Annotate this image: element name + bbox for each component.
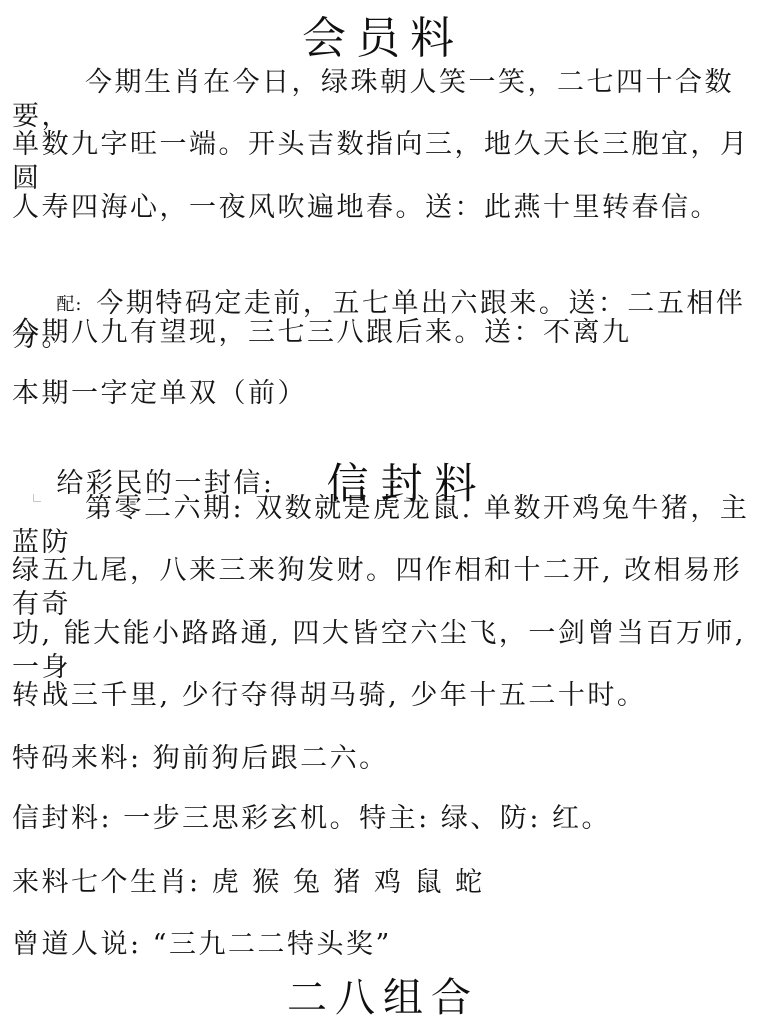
- envelope-paragraph-line: 转战三千里, 少行夺得胡马骑, 少年十五二十时。: [12, 679, 760, 713]
- eight-nine-line: 今期八九有望现，三七三八跟后来。送：不离九: [12, 316, 760, 350]
- member-paragraph-line: 今期生肖在今日，绿珠朝人笑一笑，二七四十合数要，: [12, 66, 760, 134]
- footer-section-title: 二八组合: [0, 966, 766, 1023]
- document-title: 会员料: [0, 2, 766, 66]
- special-code-tip-line: 特码来料: 狗前狗后跟二六。: [12, 742, 760, 776]
- zengdaoren-quote-line: 曾道人说: “三九二二特头奖”: [12, 928, 760, 962]
- pei-prefix-label: 配:: [56, 294, 82, 315]
- envelope-paragraph-line: 第零二六期: 双数就是虎龙鼠. 单数开鸡兔牛猪，主蓝防: [12, 492, 760, 560]
- envelope-paragraph-line: 功, 能大能小路路通, 四大皆空六尘飞，一剑曾当百万师, 一身: [12, 617, 760, 685]
- envelope-tip-line: 信封料: 一步三思彩玄机。特主: 绿、防: 红。: [12, 802, 760, 836]
- envelope-paragraph-line: 绿五九尾，八来三来狗发财。四作相和十二开, 改相易形有奇: [12, 554, 760, 622]
- zodiac-list-line: 来料七个生肖: 虎 猴 兔 猪 鸡 鼠 蛇: [12, 866, 760, 900]
- member-paragraph-line: 单数九字旺一端。开头吉数指向三，地久天长三胞宜，月圆: [12, 128, 760, 196]
- one-word-single-double-line: 本期一字定单双（前）: [12, 377, 760, 411]
- scanned-document-page: 会员料 今期生肖在今日，绿珠朝人笑一笑，二七四十合数要， 单数九字旺一端。开头吉…: [0, 0, 766, 1024]
- member-paragraph-line: 人寿四海心，一夜风吹遍地春。送：此燕十里转春信。: [12, 191, 760, 225]
